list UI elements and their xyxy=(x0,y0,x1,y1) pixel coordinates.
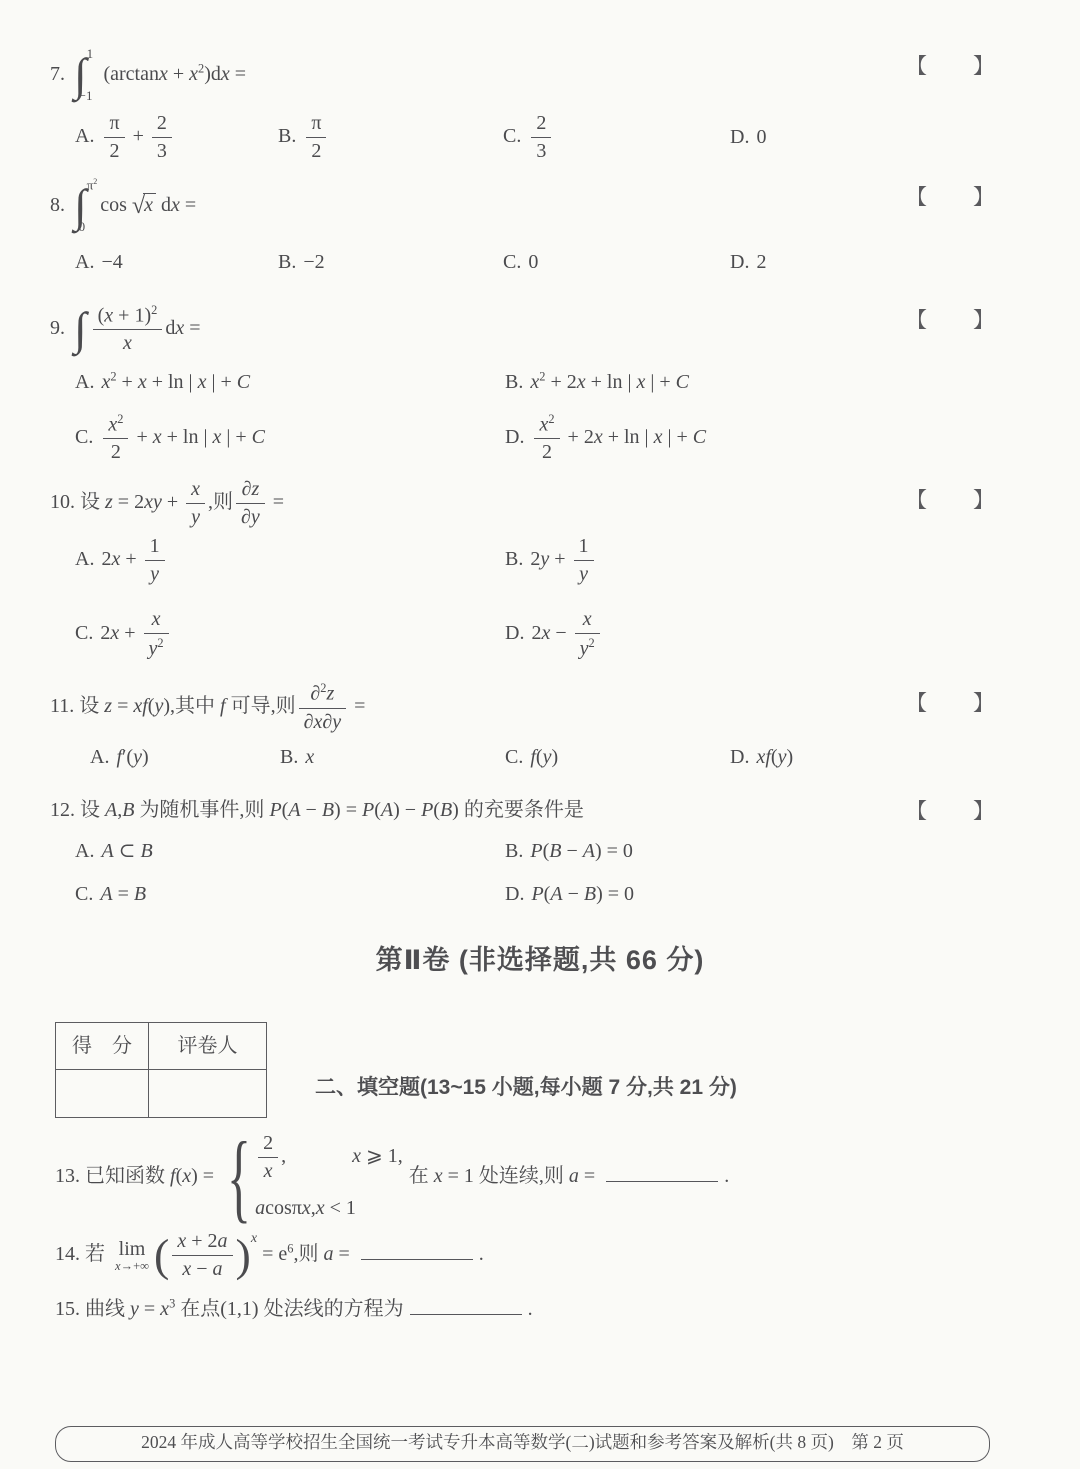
option-math: x2 + 2x + ln | x | + C xyxy=(530,371,689,393)
option-label: A. xyxy=(75,251,94,273)
question-12: 12. 设 A,B 为随机事件,则 P(A − B) = P(A) − P(B)… xyxy=(50,797,1030,908)
option-math: 23 xyxy=(528,125,554,147)
option-label: D. xyxy=(505,883,524,905)
exam-page: 7. ∫1−1(arctanx + x2)dx = 【 】 A.π2 + 23 … xyxy=(0,0,1080,1469)
option-math: 0 xyxy=(756,126,766,148)
question-12-options: A.A ⊂ B B.P(B − A) = 0 C.A = B D.P(A − B… xyxy=(50,838,1030,908)
question-9-option-d: D.x22 + 2x + ln | x | + C xyxy=(505,412,1030,465)
question-11-option-b: B.x xyxy=(280,744,505,771)
question-12-option-a: A.A ⊂ B xyxy=(75,838,505,865)
option-label: A. xyxy=(75,371,94,393)
question-7-options: A.π2 + 23 B.π2 C.23 D.0 xyxy=(50,112,1030,163)
bracket-close: 】 xyxy=(973,486,994,514)
question-9-stem-math: 9. ∫(x + 1)2xdx = xyxy=(50,317,201,339)
question-9-options: A.x2 + x + ln | x | + C B.x2 + 2x + ln |… xyxy=(50,368,1030,464)
question-10: 10. 设 z = 2xy + xy,则∂z∂y = 【 】 A.2x + 1y… xyxy=(50,478,1030,661)
question-7: 7. ∫1−1(arctanx + x2)dx = 【 】 A.π2 + 23 … xyxy=(50,44,1030,163)
answer-brackets-8: 【 】 xyxy=(906,183,994,211)
bracket-open: 【 xyxy=(906,797,927,825)
bracket-close: 】 xyxy=(973,797,994,825)
question-11-option-a: A.f′(y) xyxy=(90,744,280,771)
option-math: −2 xyxy=(303,251,324,273)
question-10-option-a: A.2x + 1y xyxy=(75,535,505,586)
question-8-option-b: B.−2 xyxy=(278,249,503,276)
option-label: D. xyxy=(505,622,524,644)
option-label: B. xyxy=(278,125,296,147)
question-9-option-b: B.x2 + 2x + ln | x | + C xyxy=(505,368,1030,396)
question-8-stem: 8. ∫π20cos √x dx = 【 】 xyxy=(50,175,1030,237)
bracket-open: 【 xyxy=(906,183,927,211)
option-math: π2 xyxy=(303,125,329,147)
option-math: 2x + 1y xyxy=(101,548,167,570)
question-7-option-b: B.π2 xyxy=(278,112,503,163)
option-math: P(A − B) = 0 xyxy=(531,883,634,905)
answer-brackets-11: 【 】 xyxy=(906,689,994,717)
option-math: −4 xyxy=(101,251,122,273)
option-label: B. xyxy=(505,371,523,393)
bracket-open: 【 xyxy=(906,689,927,717)
question-12-option-c: C.A = B xyxy=(75,881,505,908)
option-label: A. xyxy=(75,125,94,147)
bracket-open: 【 xyxy=(906,306,927,334)
question-10-stem-math: 10. 设 z = 2xy + xy,则∂z∂y = xyxy=(50,491,284,513)
bracket-close: 】 xyxy=(973,52,994,80)
option-math: 2 xyxy=(756,251,766,273)
option-label: C. xyxy=(75,622,93,644)
page-footer: 2024 年成人高等学校招生全国统一考试专升本高等数学(二)试题和参考答案及解析… xyxy=(55,1426,990,1462)
option-label: C. xyxy=(503,251,521,273)
option-label: C. xyxy=(505,746,523,768)
option-label: D. xyxy=(730,126,749,148)
option-label: B. xyxy=(278,251,296,273)
question-10-options: A.2x + 1y B.2y + 1y C.2x + xy2 D.2x − xy… xyxy=(50,535,1030,661)
question-10-stem: 10. 设 z = 2xy + xy,则∂z∂y = 【 】 xyxy=(50,478,1030,529)
question-7-stem-math: 7. ∫1−1(arctanx + x2)dx = xyxy=(50,63,246,85)
score-row: 得 分 评卷人 二、填空题(13~15 小题,每小题 7 分,共 21 分) xyxy=(55,1022,1030,1118)
option-math: π2 + 23 xyxy=(101,125,174,147)
option-label: B. xyxy=(505,840,523,862)
question-9-option-a: A.x2 + x + ln | x | + C xyxy=(75,368,505,396)
answer-brackets-9: 【 】 xyxy=(906,306,994,334)
option-label: C. xyxy=(75,883,93,905)
question-9-option-c: C.x22 + x + ln | x | + C xyxy=(75,412,505,465)
question-15: 15. 曲线 y = x3 在点(1,1) 处法线的方程为. xyxy=(55,1295,1030,1323)
question-10-option-c: C.2x + xy2 xyxy=(75,608,505,661)
bracket-close: 】 xyxy=(973,306,994,334)
fill-section-title: 二、填空题(13~15 小题,每小题 7 分,共 21 分) xyxy=(315,1074,737,1102)
option-math: 0 xyxy=(528,251,538,273)
question-8-option-c: C.0 xyxy=(503,249,730,276)
question-15-stem: 15. 曲线 y = x3 在点(1,1) 处法线的方程为. xyxy=(55,1298,533,1320)
option-label: D. xyxy=(730,251,749,273)
option-math: x2 + x + ln | x | + C xyxy=(101,371,250,393)
question-11: 11. 设 z = xf(y),其中 f 可导,则∂2z∂x∂y = 【 】 A… xyxy=(50,681,1030,771)
question-8-options: A.−4 B.−2 C.0 D.2 xyxy=(50,249,1030,276)
option-math: f(y) xyxy=(530,746,558,768)
answer-brackets-7: 【 】 xyxy=(906,52,994,80)
option-math: x22 + 2x + ln | x | + C xyxy=(531,426,706,448)
question-10-option-d: D.2x − xy2 xyxy=(505,608,1030,661)
answer-brackets-10: 【 】 xyxy=(906,486,994,514)
option-label: B. xyxy=(505,548,523,570)
question-11-option-c: C.f(y) xyxy=(505,744,730,771)
option-label: A. xyxy=(75,548,94,570)
question-12-stem: 12. 设 A,B 为随机事件,则 P(A − B) = P(A) − P(B)… xyxy=(50,797,1030,824)
option-math: xf(y) xyxy=(756,746,793,768)
option-label: C. xyxy=(75,426,93,448)
score-table-header-score: 得 分 xyxy=(56,1023,149,1070)
question-8-stem-math: 8. ∫π20cos √x dx = xyxy=(50,194,196,216)
option-math: 2x + xy2 xyxy=(100,622,171,644)
option-label: A. xyxy=(75,840,94,862)
question-8-option-d: D.2 xyxy=(730,249,1030,276)
question-12-option-d: D.P(A − B) = 0 xyxy=(505,881,1030,908)
option-math: f′(y) xyxy=(116,746,148,768)
question-7-option-d: D.0 xyxy=(730,124,1030,151)
bracket-close: 】 xyxy=(973,183,994,211)
section-2-title: 第Ⅱ卷 (非选择题,共 66 分) xyxy=(50,942,1030,978)
option-math: 2x − xy2 xyxy=(531,622,602,644)
question-7-option-a: A.π2 + 23 xyxy=(75,112,278,163)
question-11-option-d: D.xf(y) xyxy=(730,744,1030,771)
option-label: C. xyxy=(503,125,521,147)
score-table-cell-grader xyxy=(149,1070,267,1118)
option-label: B. xyxy=(280,746,298,768)
score-table: 得 分 评卷人 xyxy=(55,1022,267,1118)
score-table-header-grader: 评卷人 xyxy=(149,1023,267,1070)
question-13-stem: 13. 已知函数 f(x) = {2x,x ⩾ 1,acosπx,x < 1在 … xyxy=(55,1165,729,1187)
option-label: A. xyxy=(90,746,109,768)
score-table-cell-score xyxy=(56,1070,149,1118)
question-8: 8. ∫π20cos √x dx = 【 】 A.−4 B.−2 C.0 D.2 xyxy=(50,175,1030,276)
question-7-stem: 7. ∫1−1(arctanx + x2)dx = 【 】 xyxy=(50,44,1030,106)
question-10-option-b: B.2y + 1y xyxy=(505,535,1030,586)
option-math: x xyxy=(305,746,314,768)
option-math: P(B − A) = 0 xyxy=(530,840,633,862)
option-math: 2y + 1y xyxy=(530,548,596,570)
bracket-open: 【 xyxy=(906,486,927,514)
bracket-close: 】 xyxy=(973,689,994,717)
option-label: D. xyxy=(730,746,749,768)
question-8-option-a: A.−4 xyxy=(75,249,278,276)
answer-brackets-12: 【 】 xyxy=(906,797,994,825)
question-12-stem-math: 12. 设 A,B 为随机事件,则 P(A − B) = P(A) − P(B)… xyxy=(50,799,584,821)
option-math: x22 + x + ln | x | + C xyxy=(100,426,265,448)
option-label: D. xyxy=(505,426,524,448)
question-9-stem: 9. ∫(x + 1)2xdx = 【 】 xyxy=(50,298,1030,360)
question-11-stem-math: 11. 设 z = xf(y),其中 f 可导,则∂2z∂x∂y = xyxy=(50,695,365,717)
question-14: 14. 若 limx→+∞(x + 2ax − a)x = e6,则 a = . xyxy=(55,1230,1030,1281)
option-math: A ⊂ B xyxy=(101,840,152,862)
question-14-stem: 14. 若 limx→+∞(x + 2ax − a)x = e6,则 a = . xyxy=(55,1243,484,1265)
question-9: 9. ∫(x + 1)2xdx = 【 】 A.x2 + x + ln | x … xyxy=(50,298,1030,464)
question-12-option-b: B.P(B − A) = 0 xyxy=(505,838,1030,865)
bracket-open: 【 xyxy=(906,52,927,80)
question-11-stem: 11. 设 z = xf(y),其中 f 可导,则∂2z∂x∂y = 【 】 xyxy=(50,681,1030,734)
question-7-option-c: C.23 xyxy=(503,112,730,163)
question-13: 13. 已知函数 f(x) = {2x,x ⩾ 1,acosπx,x < 1在 … xyxy=(55,1132,1030,1222)
option-math: A = B xyxy=(100,883,146,905)
question-11-options: A.f′(y) B.x C.f(y) D.xf(y) xyxy=(50,744,1030,771)
